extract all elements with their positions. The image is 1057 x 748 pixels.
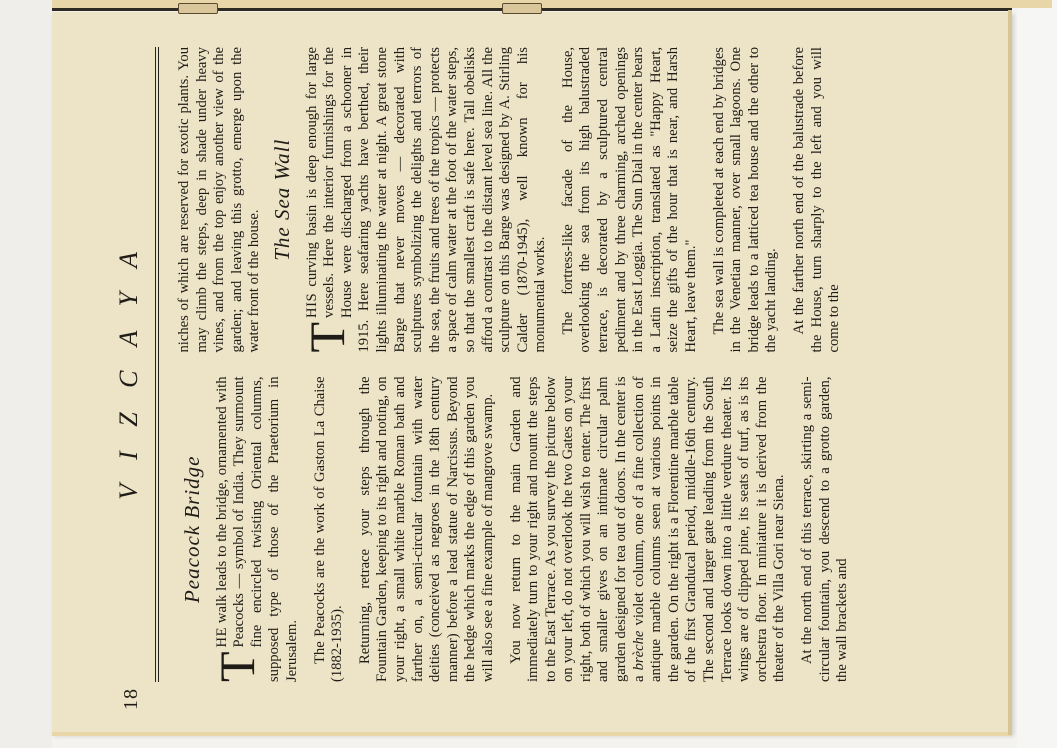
paragraph-gardens: You now return to the main Garden and im… xyxy=(508,377,790,683)
page-content: 18 V I Z C A Y A Peacock Bridge THE walk… xyxy=(50,9,1010,734)
intro-paragraph: THE walk leads to the bridge, ornamented… xyxy=(214,377,302,683)
left-column: Peacock Bridge THE walk leads to the bri… xyxy=(176,377,862,683)
italic-term: brèche xyxy=(631,631,647,671)
paragraph: The sea wall is completed at each end by… xyxy=(711,47,781,353)
scan-background-right xyxy=(1017,0,1057,748)
paragraph-text: violet column, one of a fine collection … xyxy=(631,377,788,683)
text-columns: Peacock Bridge THE walk leads to the bri… xyxy=(176,47,862,682)
intro-text: curving basin is deep enough for large v… xyxy=(304,47,549,353)
section-heading-sea-wall: The Sea Wall xyxy=(274,47,292,353)
drop-cap: T xyxy=(306,322,348,353)
running-title: V I Z C A Y A xyxy=(114,9,144,734)
paragraph: At the north end of this terrace, skirti… xyxy=(799,377,852,683)
section-heading-peacock-bridge: Peacock Bridge xyxy=(184,377,202,683)
paragraph: Returning, retrace your steps through th… xyxy=(357,377,498,683)
paragraph-text: You now return to the main Garden and im… xyxy=(508,377,647,683)
lead-in: HIS xyxy=(304,293,320,318)
paragraph: The Peacocks are the work of Gaston La C… xyxy=(312,377,347,683)
intro-paragraph: THIS curving basin is deep enough for la… xyxy=(304,47,550,353)
drop-cap: T xyxy=(216,651,258,682)
paragraph: At the farther north end of the balustra… xyxy=(791,47,844,353)
paragraph: The fortress-like facade of the House, o… xyxy=(560,47,701,353)
scan-background-left xyxy=(0,0,52,748)
header-double-rule xyxy=(155,47,159,682)
continuation-paragraph: niches of which are reserved for exotic … xyxy=(176,47,264,353)
lead-in: HE xyxy=(214,627,230,647)
page-header: 18 V I Z C A Y A xyxy=(50,9,150,734)
right-column: niches of which are reserved for exotic … xyxy=(176,47,862,353)
